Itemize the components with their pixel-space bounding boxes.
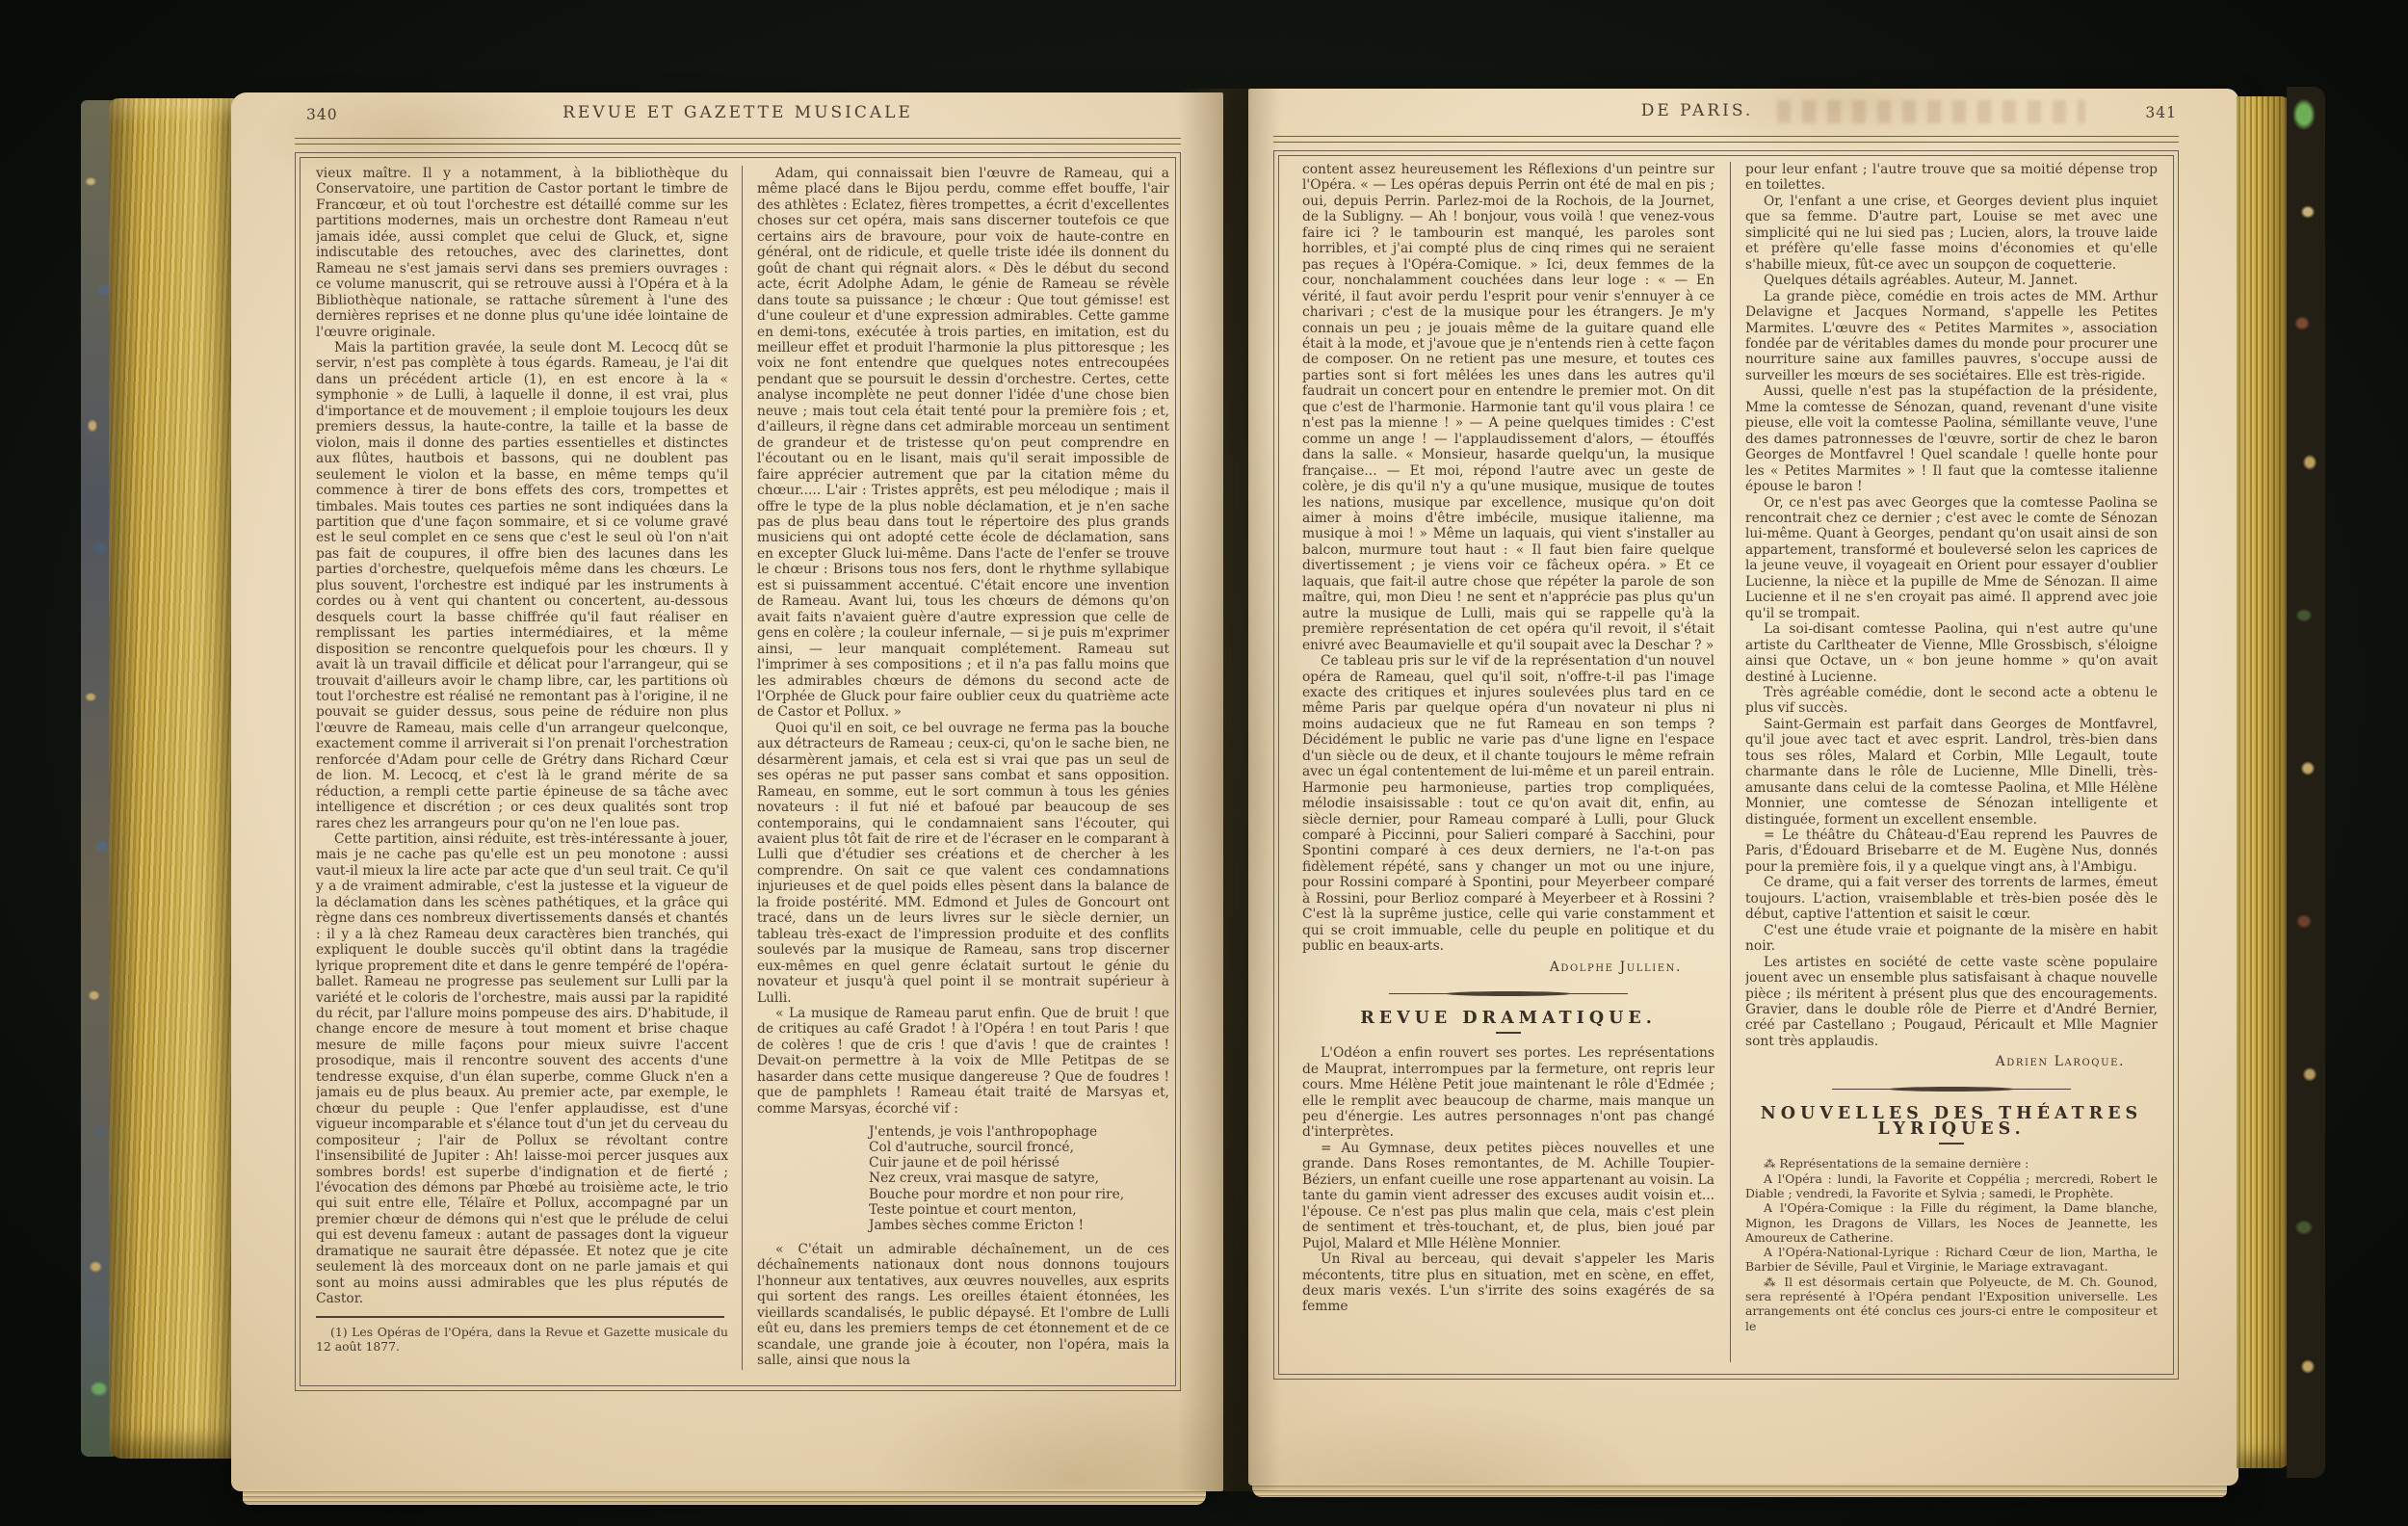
column-divider-right <box>1730 162 1731 1362</box>
verse-block: J'entends, je vois l'anthropophageCol d'… <box>869 1124 1169 1233</box>
paragraph: A l'Opéra : lundi, la Favorite et Coppél… <box>1745 1171 2158 1201</box>
paragraph: Saint-Germain est parfait dans Georges d… <box>1745 717 2158 828</box>
paragraph: La soi-disant comtesse Paolina, qui n'es… <box>1745 621 2158 685</box>
paragraph: ⁂ Il est désormais certain que Polyeucte… <box>1745 1275 2158 1333</box>
verse-line: Cuir jaune et de poil hérissé <box>869 1155 1169 1171</box>
paragraph: Les artistes en société de cette vaste s… <box>1745 955 2158 1050</box>
paragraph: A l'Opéra-National-Lyrique : Richard Cœu… <box>1745 1245 2158 1275</box>
paragraph: L'Odéon a enfin rouvert ses portes. Les … <box>1302 1045 1714 1141</box>
verse-line: Col d'autruche, sourcil froncé, <box>869 1140 1169 1155</box>
paragraph: = Au Gymnase, deux petites pièces nouvel… <box>1302 1141 1714 1251</box>
section-heading: NOUVELLES DES THÉATRES LYRIQUES. <box>1745 1106 2158 1138</box>
column-divider-left <box>742 166 743 1370</box>
paragraph: Mais la partition gravée, la seule dont … <box>316 340 728 831</box>
author-signature: Adrien Laroque. <box>1745 1054 2158 1069</box>
paragraph: vieux maître. Il y a notamment, à la bib… <box>316 166 728 340</box>
paragraph: Quelques détails agréables. Auteur, M. J… <box>1745 273 2158 288</box>
swelled-rule <box>1832 1085 2071 1093</box>
footnote-rule <box>316 1316 724 1318</box>
column-3: content assez heureusement les Réflexion… <box>1302 162 1714 1368</box>
header-rule-left <box>295 138 1181 145</box>
running-title-right: DE PARIS. <box>1273 101 2121 120</box>
paragraph: A l'Opéra-Comique : la Fille du régiment… <box>1745 1200 2158 1245</box>
paragraph: Or, ce n'est pas avec Georges que la com… <box>1745 495 2158 622</box>
paragraph: Très agréable comédie, dont le second ac… <box>1745 685 2158 717</box>
paragraph: Adam, qui connaissait bien l'œuvre de Ra… <box>757 166 1169 721</box>
paragraph: Ce tableau pris sur le vif de la représe… <box>1302 653 1714 955</box>
paragraph: Ce drame, qui a fait verser des torrents… <box>1745 875 2158 922</box>
gilt-fore-edge-right <box>2237 96 2290 1468</box>
footnote: (1) Les Opéras de l'Opéra, dans la Revue… <box>316 1325 728 1354</box>
column-2: Adam, qui connaissait bien l'œuvre de Ra… <box>757 166 1169 1381</box>
verse-line: Teste pointue et court menton, <box>869 1202 1169 1218</box>
paragraph: Un Rival au berceau, qui devait s'appele… <box>1302 1251 1714 1315</box>
page-number-right: 341 <box>2100 104 2177 121</box>
header-rule-right <box>1273 136 2179 143</box>
paragraph: « C'était un admirable déchaînement, un … <box>757 1242 1169 1369</box>
verse-line: Bouche pour mordre et non pour rire, <box>869 1187 1169 1202</box>
paragraph: Aussi, quelle n'est pas la stupéfaction … <box>1745 383 2158 494</box>
paragraph: C'est une étude vraie et poignante de la… <box>1745 923 2158 955</box>
verse-line: J'entends, je vois l'anthropophage <box>869 1124 1169 1140</box>
heading-dash <box>1939 1143 1964 1145</box>
paragraph: La grande pièce, comédie en trois actes … <box>1745 289 2158 384</box>
verse-line: Nez creux, vrai masque de satyre, <box>869 1171 1169 1186</box>
author-signature: Adolphe Jullien. <box>1302 960 1714 975</box>
swelled-rule <box>1389 989 1628 998</box>
paragraph: Cette partition, ainsi réduite, est très… <box>316 831 728 1307</box>
paragraph: = Le théâtre du Château-d'Eau reprend le… <box>1745 828 2158 875</box>
paragraph: Quoi qu'il en soit, ce bel ouvrage ne fe… <box>757 721 1169 1006</box>
paragraph: pour leur enfant ; l'autre trouve que sa… <box>1745 162 2158 194</box>
heading-dash <box>1496 1032 1521 1035</box>
paragraph: Or, l'enfant a une crise, et Georges dev… <box>1745 194 2158 273</box>
journal-spread-photo: { "colors": { "backdrop": "#161b14", "pa… <box>0 0 2408 1526</box>
column-1: vieux maître. Il y a notamment, à la bib… <box>316 166 728 1381</box>
page-stack-edge-left <box>243 1489 1206 1505</box>
paragraph: « La musique de Rameau parut enfin. Que … <box>757 1006 1169 1117</box>
section-heading: REVUE DRAMATIQUE. <box>1302 1011 1714 1026</box>
verse-line: Jambes sèches comme Ericton ! <box>869 1218 1169 1233</box>
column-4: pour leur enfant ; l'autre trouve que sa… <box>1745 162 2158 1368</box>
paragraph: content assez heureusement les Réflexion… <box>1302 162 1714 653</box>
paragraph: ⁂ Représentations de la semaine dernière… <box>1745 1156 2158 1171</box>
running-title-left: REVUE ET GAZETTE MUSICALE <box>295 103 1181 122</box>
marbled-cover-right <box>2287 87 2325 1478</box>
page-stack-edge-right <box>1252 1484 2227 1497</box>
